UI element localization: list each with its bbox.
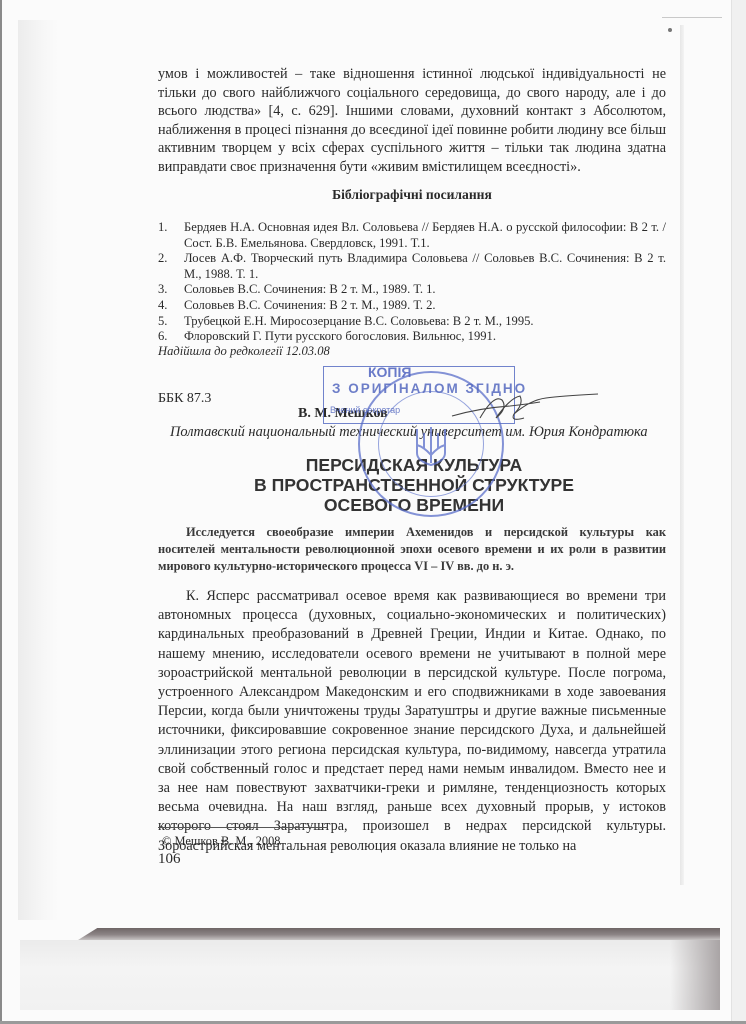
page-number: 106 <box>158 851 181 868</box>
bibliography-item: 6.Флоровский Г. Пути русского богословия… <box>158 329 666 345</box>
bbk-code: ББК 87.3 <box>158 391 211 407</box>
abstract: Исследуется своеобразие империи Ахеменид… <box>158 524 666 575</box>
item-text: Лосев А.Ф. Творческий путь Владимира Сол… <box>184 251 666 282</box>
stamp-copy-word: КОПІЯ <box>368 364 411 380</box>
footnote-divider <box>158 827 328 828</box>
scan-bottom-bar <box>78 928 720 940</box>
opening-paragraph: умов і можливостей – таке відношення іст… <box>158 65 666 177</box>
bibliography-item: 2.Лосев А.Ф. Творческий путь Владимира С… <box>158 251 666 282</box>
item-number: 5. <box>158 314 184 330</box>
scan-edge-right <box>731 0 746 1024</box>
item-number: 6. <box>158 329 184 345</box>
item-number: 3. <box>158 282 184 298</box>
item-number: 1. <box>158 220 184 251</box>
scan-right-line <box>680 25 684 885</box>
item-text: Флоровский Г. Пути русского богословия. … <box>184 329 666 345</box>
item-number: 4. <box>158 298 184 314</box>
signature-icon <box>450 388 600 428</box>
bibliography-heading: Бібліографічні посилання <box>158 187 666 203</box>
stamp-subtext: Вчений секретар <box>330 405 400 415</box>
body-paragraph: К. Ясперс рассматривал осевое время как … <box>158 587 666 856</box>
received-note: Надійшла до редколегії 12.03.08 <box>158 344 330 359</box>
bibliography-item: 3.Соловьев В.С. Сочинения: В 2 т. М., 19… <box>158 282 666 298</box>
scan-left-shadow <box>18 20 58 920</box>
trident-emblem-icon <box>412 425 450 469</box>
item-text: Соловьев В.С. Сочинения: В 2 т. М., 1989… <box>184 298 666 314</box>
scan-dot <box>668 28 672 32</box>
copyright-note: © Мешков В. М., 2008 <box>162 834 281 849</box>
scan-right-top-line <box>662 17 722 18</box>
scan-bottom-right-shadow <box>670 940 720 1010</box>
scan-bottom-fade <box>20 940 720 1010</box>
item-number: 2. <box>158 251 184 282</box>
bibliography-item: 1.Бердяев Н.А. Основная идея Вл. Соловье… <box>158 220 666 251</box>
item-text: Соловьев В.С. Сочинения: В 2 т. М., 1989… <box>184 282 666 298</box>
item-text: Бердяев Н.А. Основная идея Вл. Соловьева… <box>184 220 666 251</box>
item-text: Трубецкой Е.Н. Миросозерцание В.С. Солов… <box>184 314 666 330</box>
bibliography-item: 4.Соловьев В.С. Сочинения: В 2 т. М., 19… <box>158 298 666 314</box>
bibliography-list: 1.Бердяев Н.А. Основная идея Вл. Соловье… <box>158 220 666 345</box>
bibliography-item: 5.Трубецкой Е.Н. Миросозерцание В.С. Сол… <box>158 314 666 330</box>
scan-left-line <box>0 0 2 1024</box>
